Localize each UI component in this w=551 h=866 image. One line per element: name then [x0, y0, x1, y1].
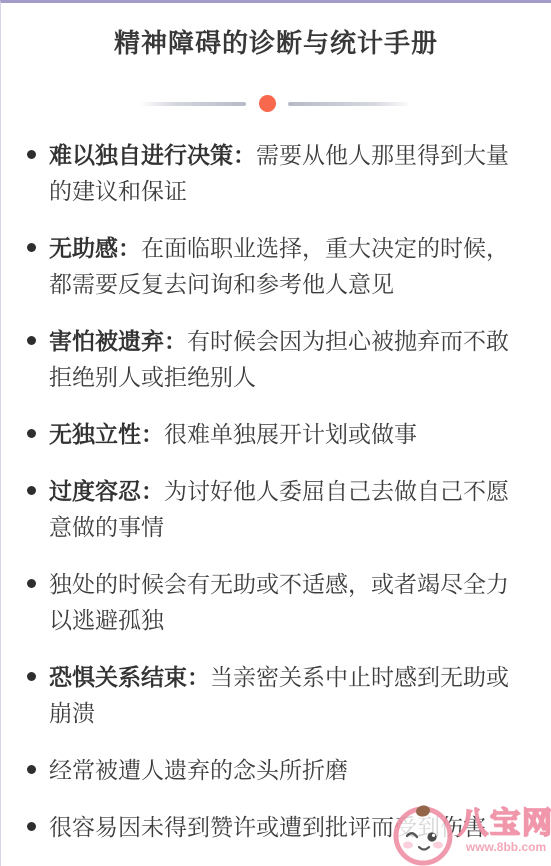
list-item: 害怕被遗弃：有时候会因为担心被抛弃而不敢拒绝别人或拒绝别人	[49, 323, 521, 395]
divider-line-right	[288, 102, 412, 106]
list-item: 经常被遭人遗弃的念头所折磨	[49, 752, 521, 788]
item-lead-label: 无独立性：	[49, 421, 164, 447]
list-item: 恐惧关系结束：当亲密关系中止时感到无助或崩溃	[49, 659, 521, 731]
item-text: 很难单独展开计划或做事	[164, 421, 417, 447]
symptom-list: 难以独自进行决策：需要从他人那里得到大量的建议和保证 无助感：在面临职业选择，重…	[1, 137, 551, 845]
watermark: 八宝网 www.8bb.com	[390, 800, 551, 866]
item-text: 独处的时候会有无助或不适感，或者竭尽全力以逃避孤独	[49, 571, 509, 633]
watermark-site-url: www.8bb.com	[466, 840, 546, 855]
item-lead-label: 过度容忍：	[49, 478, 164, 504]
list-item: 独处的时候会有无助或不适感，或者竭尽全力以逃避孤独	[49, 566, 521, 638]
watermark-site-name: 八宝网	[458, 808, 551, 840]
divider	[140, 95, 412, 112]
baby-face-icon	[390, 800, 456, 866]
divider-line-left	[140, 102, 246, 106]
list-item: 无助感：在面临职业选择，重大决定的时候，都需要反复去问询和参考他人意见	[49, 230, 521, 302]
page-title: 精神障碍的诊断与统计手册	[1, 27, 551, 59]
item-lead-label: 难以独自进行决策：	[49, 142, 256, 168]
list-item: 无独立性：很难单独展开计划或做事	[49, 416, 521, 452]
list-item: 过度容忍：为讨好他人委屈自己去做自己不愿意做的事情	[49, 473, 521, 545]
item-lead-label: 无助感：	[49, 235, 141, 261]
item-lead-label: 恐惧关系结束：	[49, 664, 210, 690]
divider-dot-icon	[259, 95, 276, 112]
list-item: 难以独自进行决策：需要从他人那里得到大量的建议和保证	[49, 137, 521, 209]
item-lead-label: 害怕被遗弃：	[49, 328, 187, 354]
item-text: 经常被遭人遗弃的念头所折磨	[49, 757, 348, 783]
dsm-card: 精神障碍的诊断与统计手册 难以独自进行决策：需要从他人那里得到大量的建议和保证 …	[0, 0, 551, 866]
watermark-text: 八宝网 www.8bb.com	[458, 800, 551, 855]
